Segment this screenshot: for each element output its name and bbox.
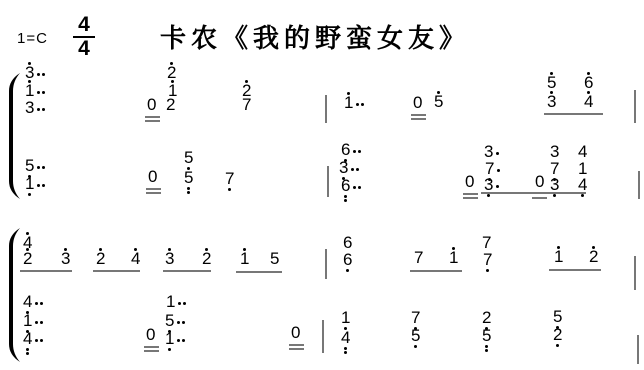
- octave-dot-below: [556, 344, 559, 347]
- beam-line: [463, 193, 478, 195]
- augmentation-dot: [182, 321, 185, 324]
- note-number: 0: [146, 326, 158, 343]
- system-brace: [3, 73, 23, 199]
- augmentation-dot: [178, 302, 181, 305]
- note-number: 0: [147, 96, 159, 113]
- augmentation-dot: [40, 302, 43, 305]
- augmentation-dot: [37, 166, 40, 169]
- barline: [322, 320, 324, 353]
- augmentation-dot: [356, 103, 359, 106]
- beam-line: [289, 344, 304, 346]
- octave-dot-above: [64, 248, 67, 251]
- note: 1: [344, 94, 356, 111]
- note-number: 7: [483, 251, 495, 268]
- note-number: 3: [547, 93, 559, 110]
- note-number: 3: [165, 250, 177, 267]
- time-signature-numerator: 4: [70, 15, 98, 35]
- beam-line: [532, 197, 547, 199]
- sheet-music-page: 1=C 4 4 卡农《我的野蛮女友》 313021227105536451055…: [0, 0, 644, 370]
- note-number: 1: [25, 82, 37, 99]
- octave-dot-above: [170, 62, 173, 65]
- beam-line: [144, 346, 159, 348]
- beam-line: [146, 188, 161, 190]
- octave-dot-above: [205, 248, 208, 251]
- beam-line: [410, 270, 462, 272]
- note-number: 1: [165, 330, 177, 347]
- augmentation-dot: [37, 184, 40, 187]
- note-number: 4: [578, 143, 590, 160]
- note-number: 2: [202, 250, 214, 267]
- note-number: 5: [270, 250, 282, 267]
- note: 7: [411, 309, 423, 326]
- beam-line: [20, 270, 72, 272]
- note: 6: [584, 74, 596, 91]
- note-number: 4: [578, 176, 590, 193]
- note-number: 3: [339, 159, 351, 176]
- note-number: 3: [550, 176, 562, 193]
- note: 5: [165, 312, 177, 329]
- augmentation-dot: [35, 339, 38, 342]
- note: 4: [578, 143, 590, 160]
- augmentation-dot: [42, 73, 45, 76]
- note-number: 7: [242, 96, 254, 113]
- augmentation-dot: [358, 150, 361, 153]
- beam-line: [145, 120, 160, 122]
- augmentation-dot: [40, 321, 43, 324]
- song-title: 卡农《我的野蛮女友》: [160, 18, 470, 55]
- note: 4: [341, 329, 353, 346]
- note: 0: [147, 96, 159, 113]
- beam-line: [236, 271, 282, 273]
- note: 6: [341, 141, 353, 158]
- beam-line: [146, 192, 161, 194]
- augmentation-dot: [37, 108, 40, 111]
- note-number: 4: [131, 250, 143, 267]
- note: 0: [146, 326, 158, 343]
- octave-dot-above: [437, 91, 440, 94]
- note: 4: [23, 293, 35, 310]
- octave-dot-above: [28, 62, 31, 65]
- note: 6: [343, 234, 355, 251]
- note: 1: [25, 82, 37, 99]
- augmentation-dot: [183, 302, 186, 305]
- note: 3: [61, 250, 73, 267]
- augmentation-dot: [40, 339, 43, 342]
- note: 7: [242, 96, 254, 113]
- octave-dot-below: [187, 191, 190, 194]
- octave-dot-below: [414, 345, 417, 348]
- note: 5: [553, 308, 565, 325]
- note: 1: [23, 312, 35, 329]
- octave-dot-below: [187, 187, 190, 190]
- time-signature-denominator: 4: [70, 39, 98, 59]
- note-number: 5: [547, 74, 559, 91]
- note-number: 6: [584, 74, 596, 91]
- note-number: 5: [165, 312, 177, 329]
- note: 1: [240, 250, 252, 267]
- note-number: 3: [550, 143, 562, 160]
- note: 5: [434, 93, 446, 110]
- note-number: 1: [449, 249, 461, 266]
- note: 1: [341, 309, 353, 326]
- beam-line: [144, 350, 159, 352]
- augmentation-dot: [182, 339, 185, 342]
- note: 4: [578, 176, 590, 193]
- octave-dot-above: [587, 72, 590, 75]
- note: 2: [166, 96, 178, 113]
- note-number: 5: [434, 93, 446, 110]
- note: 7: [414, 249, 426, 266]
- note-number: 6: [341, 141, 353, 158]
- octave-dot-above: [550, 72, 553, 75]
- note-number: 0: [413, 94, 425, 111]
- augmentation-dot: [177, 339, 180, 342]
- octave-dot-above: [245, 80, 248, 83]
- augmentation-dot: [496, 152, 499, 155]
- octave-dot-above: [587, 91, 590, 94]
- augmentation-dot: [37, 73, 40, 76]
- beam-line: [411, 114, 426, 116]
- note: 3: [550, 176, 562, 193]
- note-number: 5: [25, 157, 37, 174]
- note: 2: [23, 250, 35, 267]
- note-number: 7: [482, 234, 494, 251]
- note: 3: [25, 64, 37, 81]
- note-number: 2: [482, 309, 494, 326]
- octave-dot-below: [487, 194, 490, 197]
- octave-dot-below: [581, 194, 584, 197]
- barline: [325, 95, 327, 123]
- note: 3: [339, 159, 351, 176]
- octave-dot-below: [344, 351, 347, 354]
- barline: [327, 166, 329, 197]
- octave-dot-above: [347, 92, 350, 95]
- note-number: 6: [343, 234, 355, 251]
- note: 2: [202, 250, 214, 267]
- note: 3: [550, 143, 562, 160]
- note-number: 3: [25, 64, 37, 81]
- augmentation-dot: [353, 186, 356, 189]
- note: 5: [25, 157, 37, 174]
- note-number: 0: [465, 173, 477, 190]
- octave-dot-below: [168, 348, 171, 351]
- note: 3: [484, 143, 496, 160]
- note-number: 1: [344, 94, 356, 111]
- note: 2: [96, 250, 108, 267]
- octave-dot-above: [550, 91, 553, 94]
- beam-line: [544, 113, 603, 115]
- octave-dot-above: [28, 80, 31, 83]
- octave-dot-below: [553, 194, 556, 197]
- beam-line: [93, 270, 140, 272]
- note-number: 4: [584, 93, 596, 110]
- octave-dot-above: [557, 246, 560, 249]
- note-number: 7: [225, 170, 237, 187]
- octave-dot-below: [485, 345, 488, 348]
- note-number: 3: [25, 99, 37, 116]
- note-number: 6: [343, 251, 355, 268]
- note: 7: [482, 234, 494, 251]
- note-number: 5: [184, 169, 196, 186]
- octave-dot-below: [26, 348, 29, 351]
- octave-dot-above: [26, 248, 29, 251]
- note-number: 1: [25, 175, 37, 192]
- time-signature: 4 4: [70, 15, 98, 59]
- barline: [325, 249, 327, 279]
- note: 3: [165, 250, 177, 267]
- note: 6: [343, 251, 355, 268]
- note-number: 5: [553, 308, 565, 325]
- note-number: 2: [553, 326, 565, 343]
- octave-dot-above: [26, 232, 29, 235]
- octave-dot-above: [452, 247, 455, 250]
- note-number: 0: [535, 173, 547, 190]
- note-number: 2: [23, 250, 35, 267]
- note: 7: [225, 170, 237, 187]
- note: 5: [184, 169, 196, 186]
- beam-line: [163, 270, 211, 272]
- note-number: 7: [411, 309, 423, 326]
- octave-dot-above: [134, 248, 137, 251]
- note: 2: [482, 309, 494, 326]
- augmentation-dot: [42, 184, 45, 187]
- note: 6: [341, 177, 353, 194]
- augmentation-dot: [35, 302, 38, 305]
- note: 3: [547, 93, 559, 110]
- note-number: 2: [166, 96, 178, 113]
- beam-line: [411, 118, 426, 120]
- augmentation-dot: [497, 169, 500, 172]
- note-number: 3: [484, 176, 496, 193]
- barline: [634, 256, 636, 290]
- note: 0: [413, 94, 425, 111]
- augmentation-dot: [496, 185, 499, 188]
- note: 3: [25, 99, 37, 116]
- barline: [638, 171, 640, 199]
- note: 1: [166, 293, 178, 310]
- octave-dot-above: [243, 248, 246, 251]
- note: 3: [484, 176, 496, 193]
- note: 0: [535, 173, 547, 190]
- beam-line: [145, 116, 160, 118]
- note: 1: [25, 175, 37, 192]
- octave-dot-below: [344, 195, 347, 198]
- note-number: 1: [23, 312, 35, 329]
- note-number: 7: [414, 249, 426, 266]
- augmentation-dot: [351, 168, 354, 171]
- note-number: 2: [167, 64, 179, 81]
- augmentation-dot: [42, 108, 45, 111]
- note: 7: [483, 251, 495, 268]
- octave-dot-below: [28, 193, 31, 196]
- note: 2: [167, 64, 179, 81]
- note-number: 2: [589, 248, 601, 265]
- beam-line: [463, 197, 478, 199]
- augmentation-dot: [358, 186, 361, 189]
- octave-dot-below: [344, 199, 347, 202]
- beam-line: [549, 269, 601, 271]
- note: 5: [270, 250, 282, 267]
- note: 1: [165, 330, 177, 347]
- note-number: 0: [291, 324, 303, 341]
- note-number: 2: [96, 250, 108, 267]
- augmentation-dot: [353, 150, 356, 153]
- augmentation-dot: [42, 91, 45, 94]
- octave-dot-above: [592, 246, 595, 249]
- note: 5: [411, 327, 423, 344]
- octave-dot-below: [486, 269, 489, 272]
- octave-dot-below: [228, 188, 231, 191]
- note: 2: [553, 326, 565, 343]
- note-number: 5: [184, 149, 196, 166]
- augmentation-dot: [37, 91, 40, 94]
- augmentation-dot: [361, 103, 364, 106]
- note-number: 0: [148, 168, 160, 185]
- augmentation-dot: [177, 321, 180, 324]
- note-number: 5: [482, 327, 494, 344]
- note: 5: [184, 149, 196, 166]
- note-number: 1: [240, 250, 252, 267]
- augmentation-dot: [42, 166, 45, 169]
- note-number: 3: [484, 143, 496, 160]
- octave-dot-below: [485, 349, 488, 352]
- note: 1: [554, 248, 566, 265]
- augmentation-dot: [35, 321, 38, 324]
- note: 0: [291, 324, 303, 341]
- octave-dot-above: [168, 248, 171, 251]
- octave-dot-below: [344, 347, 347, 350]
- beam-line: [548, 192, 586, 194]
- note-number: 5: [411, 327, 423, 344]
- note-number: 1: [554, 248, 566, 265]
- octave-dot-above: [171, 80, 174, 83]
- note: 2: [589, 248, 601, 265]
- note: 4: [23, 330, 35, 347]
- note: 0: [465, 173, 477, 190]
- barline: [637, 335, 639, 364]
- note: 1: [449, 249, 461, 266]
- beam-line: [289, 348, 304, 350]
- note-number: 4: [341, 329, 353, 346]
- note-number: 4: [23, 330, 35, 347]
- note-number: 1: [341, 309, 353, 326]
- octave-dot-above: [99, 248, 102, 251]
- note-number: 4: [23, 293, 35, 310]
- beam-line: [481, 192, 548, 194]
- note-number: 1: [166, 293, 178, 310]
- note: 5: [482, 327, 494, 344]
- key-signature: 1=C: [17, 30, 48, 47]
- octave-dot-below: [346, 269, 349, 272]
- octave-dot-below: [26, 352, 29, 355]
- augmentation-dot: [356, 168, 359, 171]
- note: 4: [131, 250, 143, 267]
- barline: [634, 90, 636, 123]
- note: 4: [584, 93, 596, 110]
- note: 0: [148, 168, 160, 185]
- system-brace: [3, 228, 23, 362]
- note-number: 3: [61, 250, 73, 267]
- note-number: 6: [341, 177, 353, 194]
- note: 5: [547, 74, 559, 91]
